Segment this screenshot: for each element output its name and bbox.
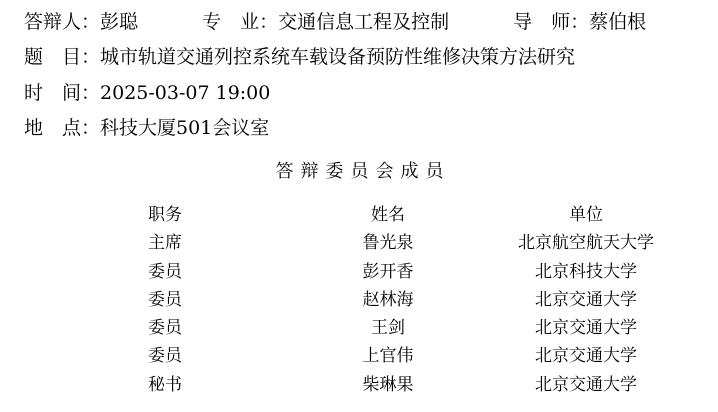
member-name: 上官伟: [288, 344, 488, 368]
major-label: 专 业：: [202, 10, 278, 34]
header-name: 姓名: [288, 203, 488, 227]
location-line: 地 点：科技大厦501会议室: [24, 116, 269, 140]
location-value: 科技大厦501会议室: [100, 116, 269, 140]
topic-line: 题 目：城市轨道交通列控系统车载设备预防性维修决策方法研究: [24, 45, 575, 69]
header-role: 职务: [148, 203, 182, 227]
member-name: 彭开香: [288, 260, 488, 284]
member-unit: 北京交通大学: [486, 288, 686, 312]
committee-row: 主席 鲁光泉 北京航空航天大学: [0, 231, 718, 259]
major-value: 交通信息工程及控制: [278, 10, 449, 34]
committee-row: 委员 王剑 北京交通大学: [0, 316, 718, 344]
member-unit: 北京交通大学: [486, 373, 686, 397]
member-role: 主席: [148, 231, 182, 255]
member-role: 委员: [148, 288, 182, 312]
member-unit: 北京科技大学: [486, 260, 686, 284]
location-label: 地 点：: [24, 116, 100, 140]
advisor-label: 导 师：: [513, 10, 589, 34]
advisor-value: 蔡伯根: [589, 10, 646, 34]
member-role: 委员: [148, 316, 182, 340]
header-unit: 单位: [486, 203, 686, 227]
member-name: 赵林海: [288, 288, 488, 312]
respondent-value: 彭聪: [100, 10, 138, 34]
topic-label: 题 目：: [24, 45, 100, 69]
committee-row: 委员 彭开香 北京科技大学: [0, 260, 718, 288]
member-role: 秘书: [148, 373, 182, 397]
time-value: 2025-03-07 19:00: [100, 81, 270, 105]
member-name: 鲁光泉: [288, 231, 488, 255]
committee-row: 委员 赵林海 北京交通大学: [0, 288, 718, 316]
member-name: 柴琳果: [288, 373, 488, 397]
member-role: 委员: [148, 260, 182, 284]
member-unit: 北京航空航天大学: [486, 231, 686, 255]
committee-header-row: 职务 姓名 单位: [0, 203, 718, 231]
respondent-label: 答辩人：: [24, 10, 100, 34]
committee-row: 委员 上官伟 北京交通大学: [0, 344, 718, 372]
member-unit: 北京交通大学: [486, 316, 686, 340]
member-name: 王剑: [288, 316, 488, 340]
respondent-major-advisor-line: 答辩人：彭聪 专 业：交通信息工程及控制 导 师：蔡伯根: [24, 10, 646, 34]
committee-title: 答辩委员会成员: [0, 160, 718, 184]
topic-value: 城市轨道交通列控系统车载设备预防性维修决策方法研究: [100, 45, 575, 69]
time-line: 时 间：2025-03-07 19:00: [24, 81, 270, 105]
member-role: 委员: [148, 344, 182, 368]
committee-row: 秘书 柴琳果 北京交通大学: [0, 373, 718, 401]
time-label: 时 间：: [24, 81, 100, 105]
member-unit: 北京交通大学: [486, 344, 686, 368]
committee-table: 职务 姓名 单位 主席 鲁光泉 北京航空航天大学 委员 彭开香 北京科技大学 委…: [0, 203, 718, 401]
